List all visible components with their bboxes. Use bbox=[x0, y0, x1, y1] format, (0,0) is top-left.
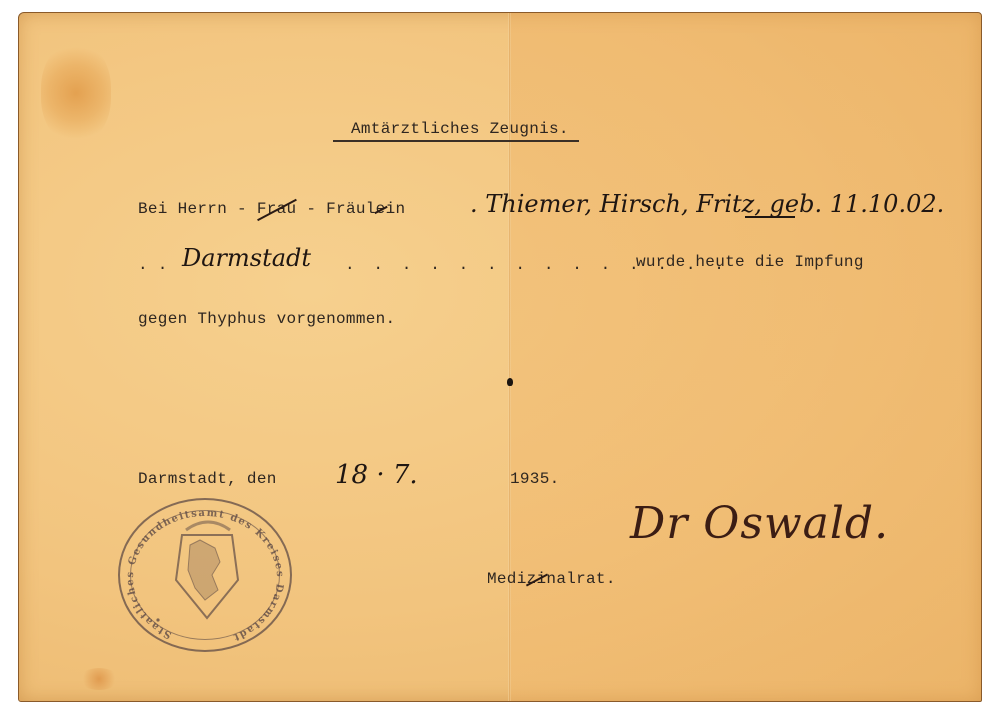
role-part2: nalrat. bbox=[546, 570, 615, 588]
herrn-label: Bei Herrn - bbox=[138, 200, 257, 218]
line-bei-herrn: Bei Herrn - Frau - Fräulein bbox=[138, 200, 405, 218]
document-title: Amtärztliches Zeugnis. bbox=[333, 120, 579, 142]
role-struck: zi bbox=[527, 570, 547, 588]
separator: - bbox=[296, 200, 326, 218]
date-year: 1935. bbox=[510, 470, 560, 488]
official-stamp: Staatliches Gesundheitsamt des Kreises D… bbox=[118, 498, 292, 652]
signature: Dr Oswald. bbox=[630, 498, 889, 549]
stamp-emblem-icon: Staatliches Gesundheitsamt des Kreises D… bbox=[120, 500, 290, 650]
leading-dots: . . bbox=[138, 256, 168, 274]
role-medizinalrat: Medizinalrat. bbox=[487, 570, 616, 588]
handwritten-place: Darmstadt bbox=[182, 244, 311, 272]
rust-stain-bottom bbox=[79, 668, 119, 690]
handwritten-name: . Thiemer, Hirsch, Fritz, geb. 11.10.02. bbox=[470, 190, 944, 218]
fraeulein-struck: e bbox=[376, 200, 386, 218]
fraeulein-part1: Fräul bbox=[326, 200, 376, 218]
name-underline bbox=[745, 216, 795, 218]
struck-frau: Frau bbox=[257, 200, 297, 218]
ink-dot bbox=[507, 378, 513, 386]
impfung-text: wurde heute die Impfung bbox=[636, 253, 864, 271]
date-place: Darmstadt, den bbox=[138, 470, 277, 488]
fraeulein-part2: in bbox=[386, 200, 406, 218]
role-part1: Medi bbox=[487, 570, 527, 588]
thyphus-line: gegen Thyphus vorgenommen. bbox=[138, 310, 395, 328]
center-fold bbox=[508, 13, 511, 701]
rust-stain bbox=[41, 43, 111, 143]
handwritten-date: 18 · 7. bbox=[335, 460, 418, 490]
paper-right-half bbox=[509, 13, 981, 701]
